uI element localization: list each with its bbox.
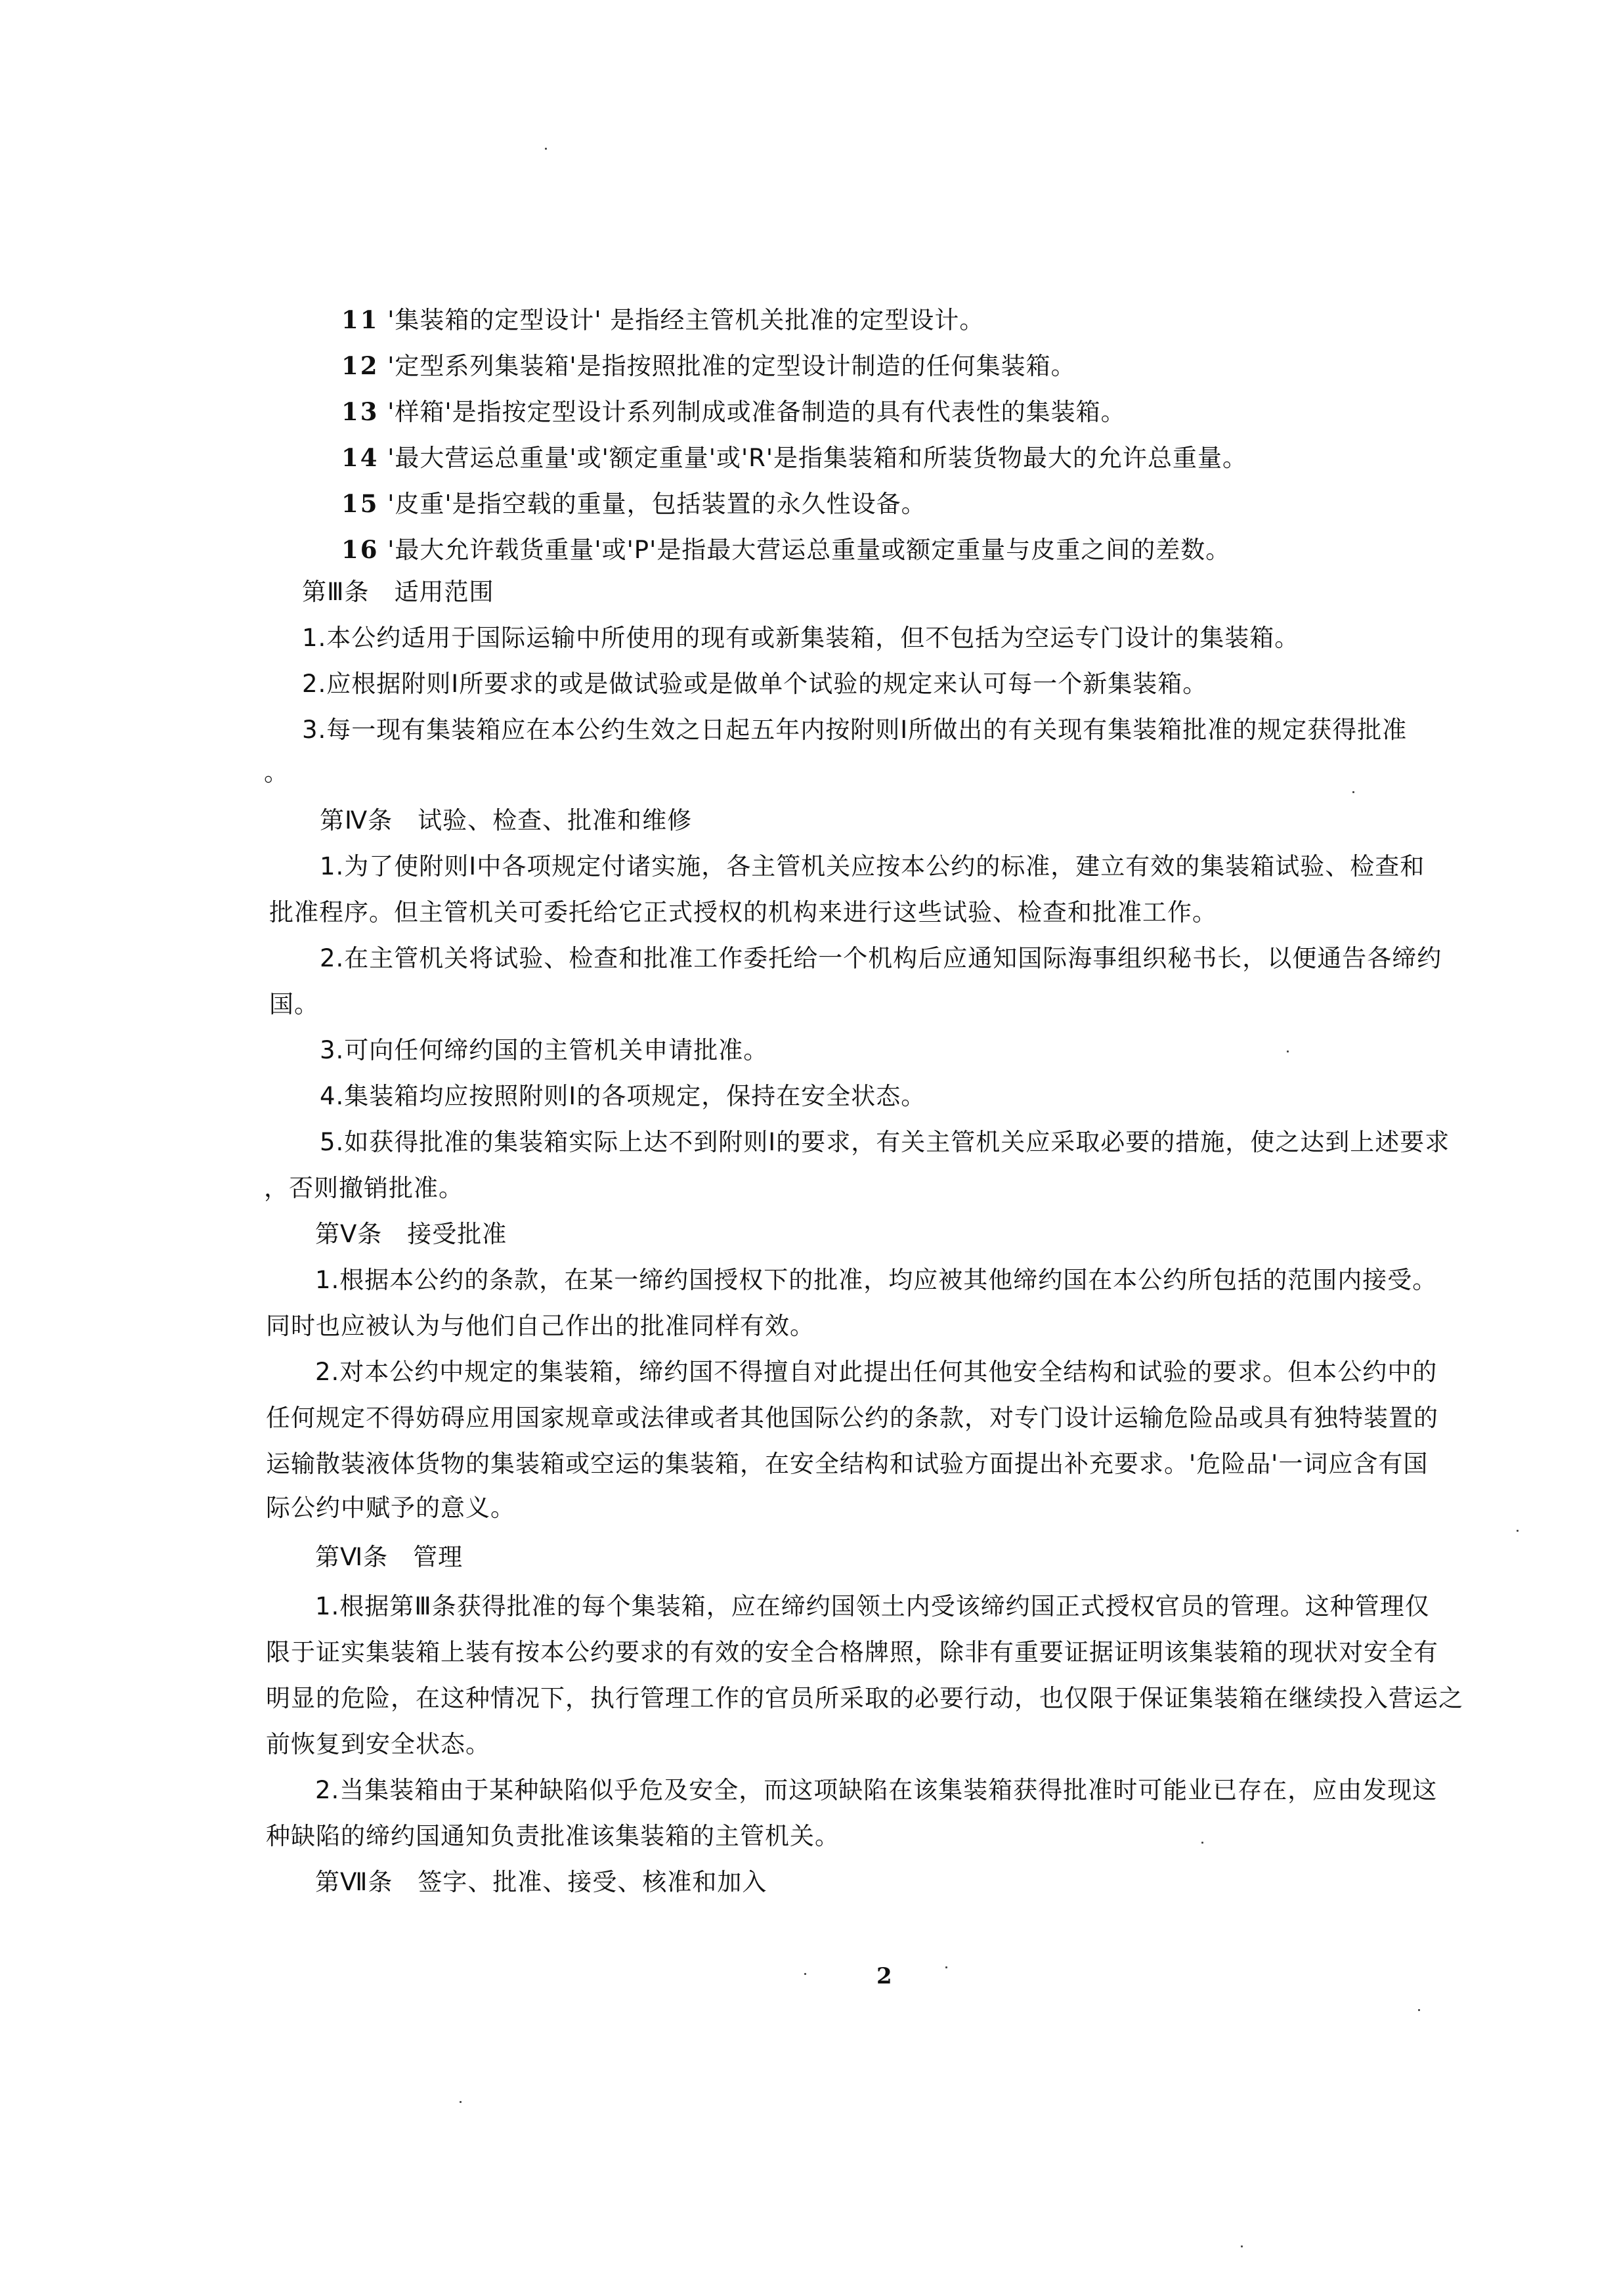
article-5-line: 同时也应被认为与他们自己作出的批准同样有效。 — [266, 1312, 815, 1341]
article-6-line: 限于证实集装箱上装有按本公约要求的有效的安全合格牌照，除非有重要证据证明该集装箱… — [266, 1638, 1438, 1667]
article-4-line: 国。 — [269, 990, 319, 1019]
definition-11: 11 '集装箱的定型设计' 是指经主管机关批准的定型设计。 — [341, 305, 984, 335]
article-3-heading: 第Ⅲ条 适用范围 — [302, 578, 494, 607]
scan-speck — [460, 2101, 462, 2103]
article-5-line: 1.根据本公约的条款，在某一缔约国授权下的批准，均应被其他缔约国在本公约所包括的… — [315, 1266, 1437, 1295]
page-number: 2 — [876, 1963, 892, 1989]
scan-speck — [1418, 2009, 1420, 2011]
definition-text: '定型系列集装箱'是指按照批准的定型设计制造的任何集装箱。 — [387, 352, 1075, 380]
scan-speck — [1241, 2245, 1243, 2247]
article-4-line: 3.可向任何缔约国的主管机关申请批准。 — [320, 1036, 768, 1065]
article-6-line: 前恢复到安全状态。 — [266, 1730, 490, 1759]
article-3-line: 。 — [264, 758, 289, 787]
definition-number: 14 — [341, 443, 379, 472]
article-5-heading: 第Ⅴ条 接受批准 — [315, 1220, 507, 1249]
scan-speck — [804, 1973, 806, 1975]
article-6-line: 明显的危险，在这种情况下，执行管理工作的官员所采取的必要行动，也仅限于保证集装箱… — [266, 1684, 1463, 1713]
definition-text: '样箱'是指按定型设计系列制成或准备制造的具有代表性的集装箱。 — [387, 398, 1125, 426]
definition-number: 15 — [341, 489, 379, 518]
scan-speck — [1287, 1051, 1289, 1052]
scan-speck — [945, 1966, 947, 1968]
article-5-line: 际公约中赋予的意义。 — [266, 1494, 515, 1523]
article-4-line: 2.在主管机关将试验、检查和批准工作委托给一个机构后应通知国际海事组织秘书长，以… — [320, 944, 1442, 973]
article-6-line: 1.根据第Ⅲ条获得批准的每个集装箱，应在缔约国领土内受该缔约国正式授权官员的管理… — [315, 1592, 1430, 1621]
article-7-heading: 第Ⅶ条 签字、批准、接受、核准和加入 — [315, 1868, 767, 1897]
definition-12: 12 '定型系列集装箱'是指按照批准的定型设计制造的任何集装箱。 — [341, 351, 1076, 381]
article-4-line: 4.集装箱均应按照附则I的各项规定，保持在安全状态。 — [320, 1082, 926, 1111]
scan-speck — [1352, 791, 1354, 793]
definition-number: 16 — [341, 535, 379, 564]
article-4-heading: 第Ⅳ条 试验、检查、批准和维修 — [320, 806, 692, 835]
definition-text: '最大营运总重量'或'额定重量'或'R'是指集装箱和所装货物最大的允许总重量。 — [387, 444, 1247, 472]
scan-speck — [1201, 1842, 1203, 1844]
article-5-line: 2.对本公约中规定的集装箱，缔约国不得擅自对此提出任何其他安全结构和试验的要求。… — [315, 1358, 1437, 1387]
article-3-line: 2.应根据附则I所要求的或是做试验或是做单个试验的规定来认可每一个新集装箱。 — [302, 670, 1207, 699]
article-5-line: 运输散装液体货物的集装箱或空运的集装箱，在安全结构和试验方面提出补充要求。'危险… — [266, 1450, 1428, 1479]
article-4-line: 5.如获得批准的集装箱实际上达不到附则I的要求，有关主管机关应采取必要的措施，使… — [320, 1128, 1450, 1157]
article-3-line: 1.本公约适用于国际运输中所使用的现有或新集装箱，但不包括为空运专门设计的集装箱… — [302, 624, 1299, 653]
definition-text: '最大允许载货重量'或'P'是指最大营运总重量或额定重量与皮重之间的差数。 — [387, 536, 1230, 564]
document-page: 11 '集装箱的定型设计' 是指经主管机关批准的定型设计。 12 '定型系列集装… — [0, 0, 1617, 2296]
article-4-line: ，否则撤销批准。 — [264, 1174, 464, 1203]
article-6-line: 种缺陷的缔约国通知负责批准该集装箱的主管机关。 — [266, 1822, 840, 1851]
definition-number: 12 — [341, 351, 379, 380]
definition-15: 15 '皮重'是指空载的重量，包括装置的永久性设备。 — [341, 489, 926, 519]
article-3-line: 3.每一现有集装箱应在本公约生效之日起五年内按附则I所做出的有关现有集装箱批准的… — [302, 716, 1407, 745]
definition-text: '皮重'是指空载的重量，包括装置的永久性设备。 — [387, 490, 926, 518]
definition-text: '集装箱的定型设计' 是指经主管机关批准的定型设计。 — [387, 306, 984, 334]
article-4-line: 1.为了使附则I中各项规定付诸实施，各主管机关应按本公约的标准，建立有效的集装箱… — [320, 852, 1425, 881]
definition-number: 11 — [341, 305, 379, 334]
definition-number: 13 — [341, 397, 379, 426]
article-5-line: 任何规定不得妨碍应用国家规章或法律或者其他国际公约的条款，对专门设计运输危险品或… — [266, 1404, 1438, 1433]
article-6-line: 2.当集装箱由于某种缺陷似乎危及安全，而这项缺陷在该集装箱获得批准时可能业已存在… — [315, 1776, 1437, 1805]
scan-speck — [545, 148, 547, 150]
scan-speck — [1517, 1530, 1519, 1532]
definition-13: 13 '样箱'是指按定型设计系列制成或准备制造的具有代表性的集装箱。 — [341, 397, 1126, 427]
definition-16: 16 '最大允许载货重量'或'P'是指最大营运总重量或额定重量与皮重之间的差数。 — [341, 535, 1230, 565]
definition-14: 14 '最大营运总重量'或'额定重量'或'R'是指集装箱和所装货物最大的允许总重… — [341, 443, 1247, 473]
article-6-heading: 第Ⅵ条 管理 — [315, 1543, 463, 1572]
article-4-line: 批准程序。但主管机关可委托给它正式授权的机构来进行这些试验、检查和批准工作。 — [269, 898, 1217, 927]
